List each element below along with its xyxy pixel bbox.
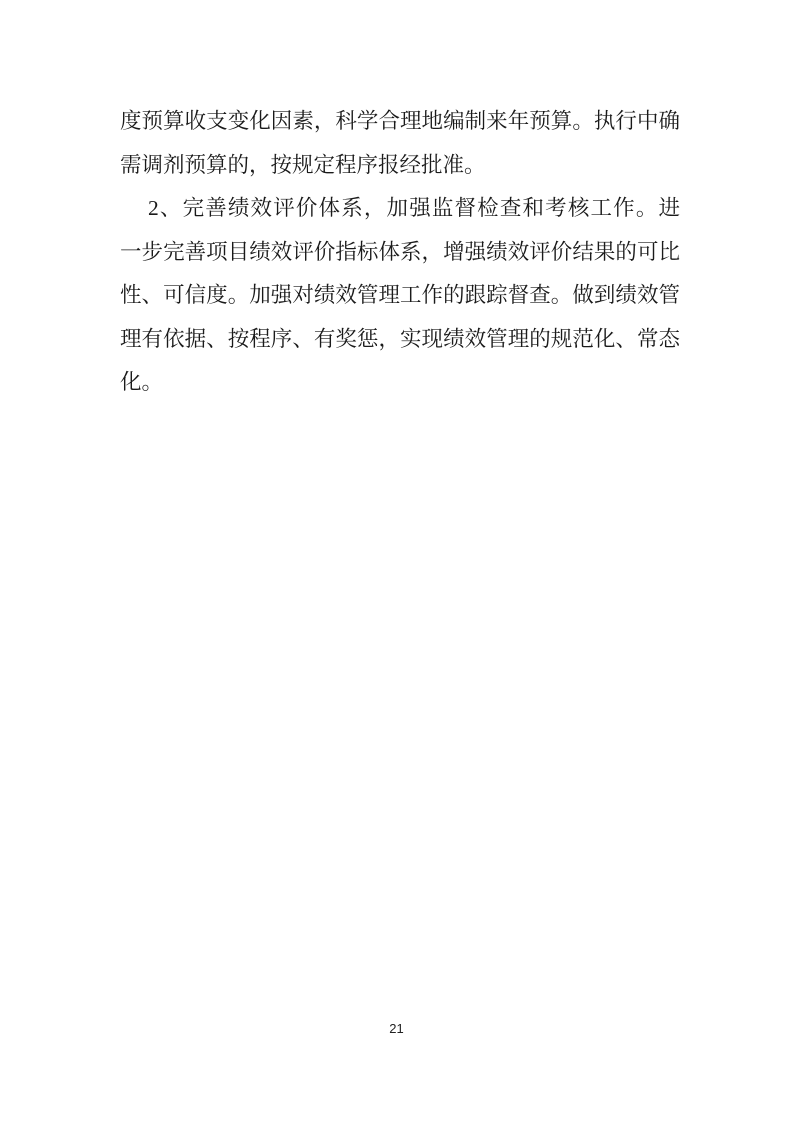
text-line: 需调剂预算的，按规定程序报经批准。	[120, 144, 680, 188]
document-page: 度预算收支变化因素，科学合理地编制来年预算。执行中确 需调剂预算的，按规定程序报…	[0, 0, 793, 1122]
text-line: 2、完善绩效评价体系，加强监督检查和考核工作。进	[120, 187, 680, 231]
document-body: 度预算收支变化因素，科学合理地编制来年预算。执行中确 需调剂预算的，按规定程序报…	[120, 100, 680, 405]
text-line: 度预算收支变化因素，科学合理地编制来年预算。执行中确	[120, 100, 680, 144]
text-line: 性、可信度。加强对绩效管理工作的跟踪督查。做到绩效管	[120, 274, 680, 318]
page-number: 21	[0, 1020, 793, 1038]
text-line: 一步完善项目绩效评价指标体系，增强绩效评价结果的可比	[120, 231, 680, 275]
text-line: 化。	[120, 361, 680, 405]
text-line: 理有依据、按程序、有奖惩，实现绩效管理的规范化、常态	[120, 318, 680, 362]
